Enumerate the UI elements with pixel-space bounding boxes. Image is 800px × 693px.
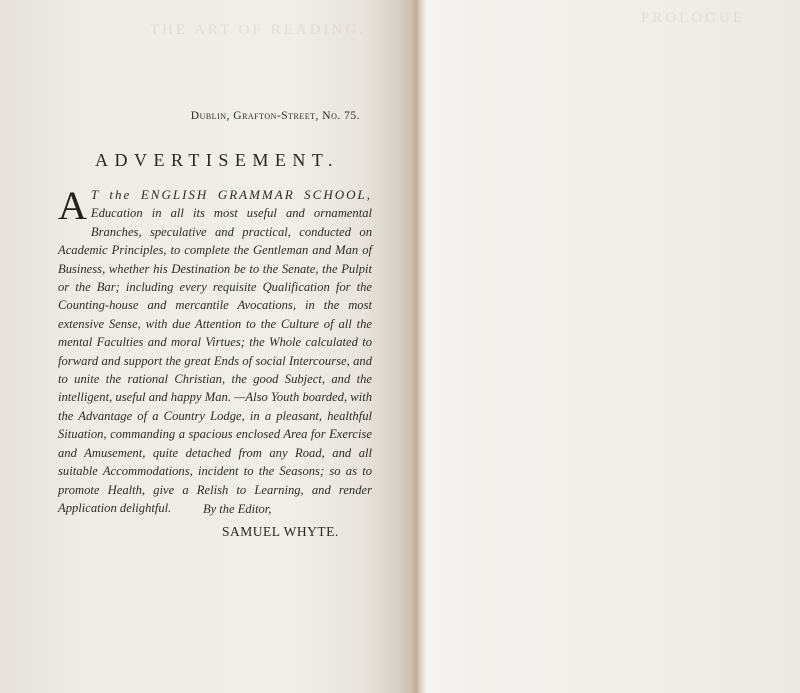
- left-page: THE ART OF READING. Dublin, Grafton-Stre…: [0, 0, 412, 693]
- address-line: Dublin, Grafton-Street, No. 75.: [0, 110, 360, 122]
- book-gutter: [412, 0, 426, 693]
- body-paragraph: Education in all its most useful and orn…: [58, 206, 372, 515]
- showthrough-header: THE ART OF READING.: [150, 22, 366, 39]
- right-page: PROLOGUE: [426, 0, 800, 693]
- page-title: ADVERTISEMENT.: [72, 150, 362, 171]
- lead-in: T the ENGLISH GRAMMAR SCHOOL,: [91, 187, 372, 202]
- showthrough-header: PROLOGUE: [641, 10, 745, 27]
- drop-cap: A: [58, 189, 87, 223]
- signature: SAMUEL WHYTE.: [222, 524, 339, 540]
- book-spread: THE ART OF READING. Dublin, Grafton-Stre…: [0, 0, 800, 693]
- advertisement-body: A T the ENGLISH GRAMMAR SCHOOL, Educatio…: [58, 186, 372, 517]
- byline: By the Editor,: [203, 502, 271, 517]
